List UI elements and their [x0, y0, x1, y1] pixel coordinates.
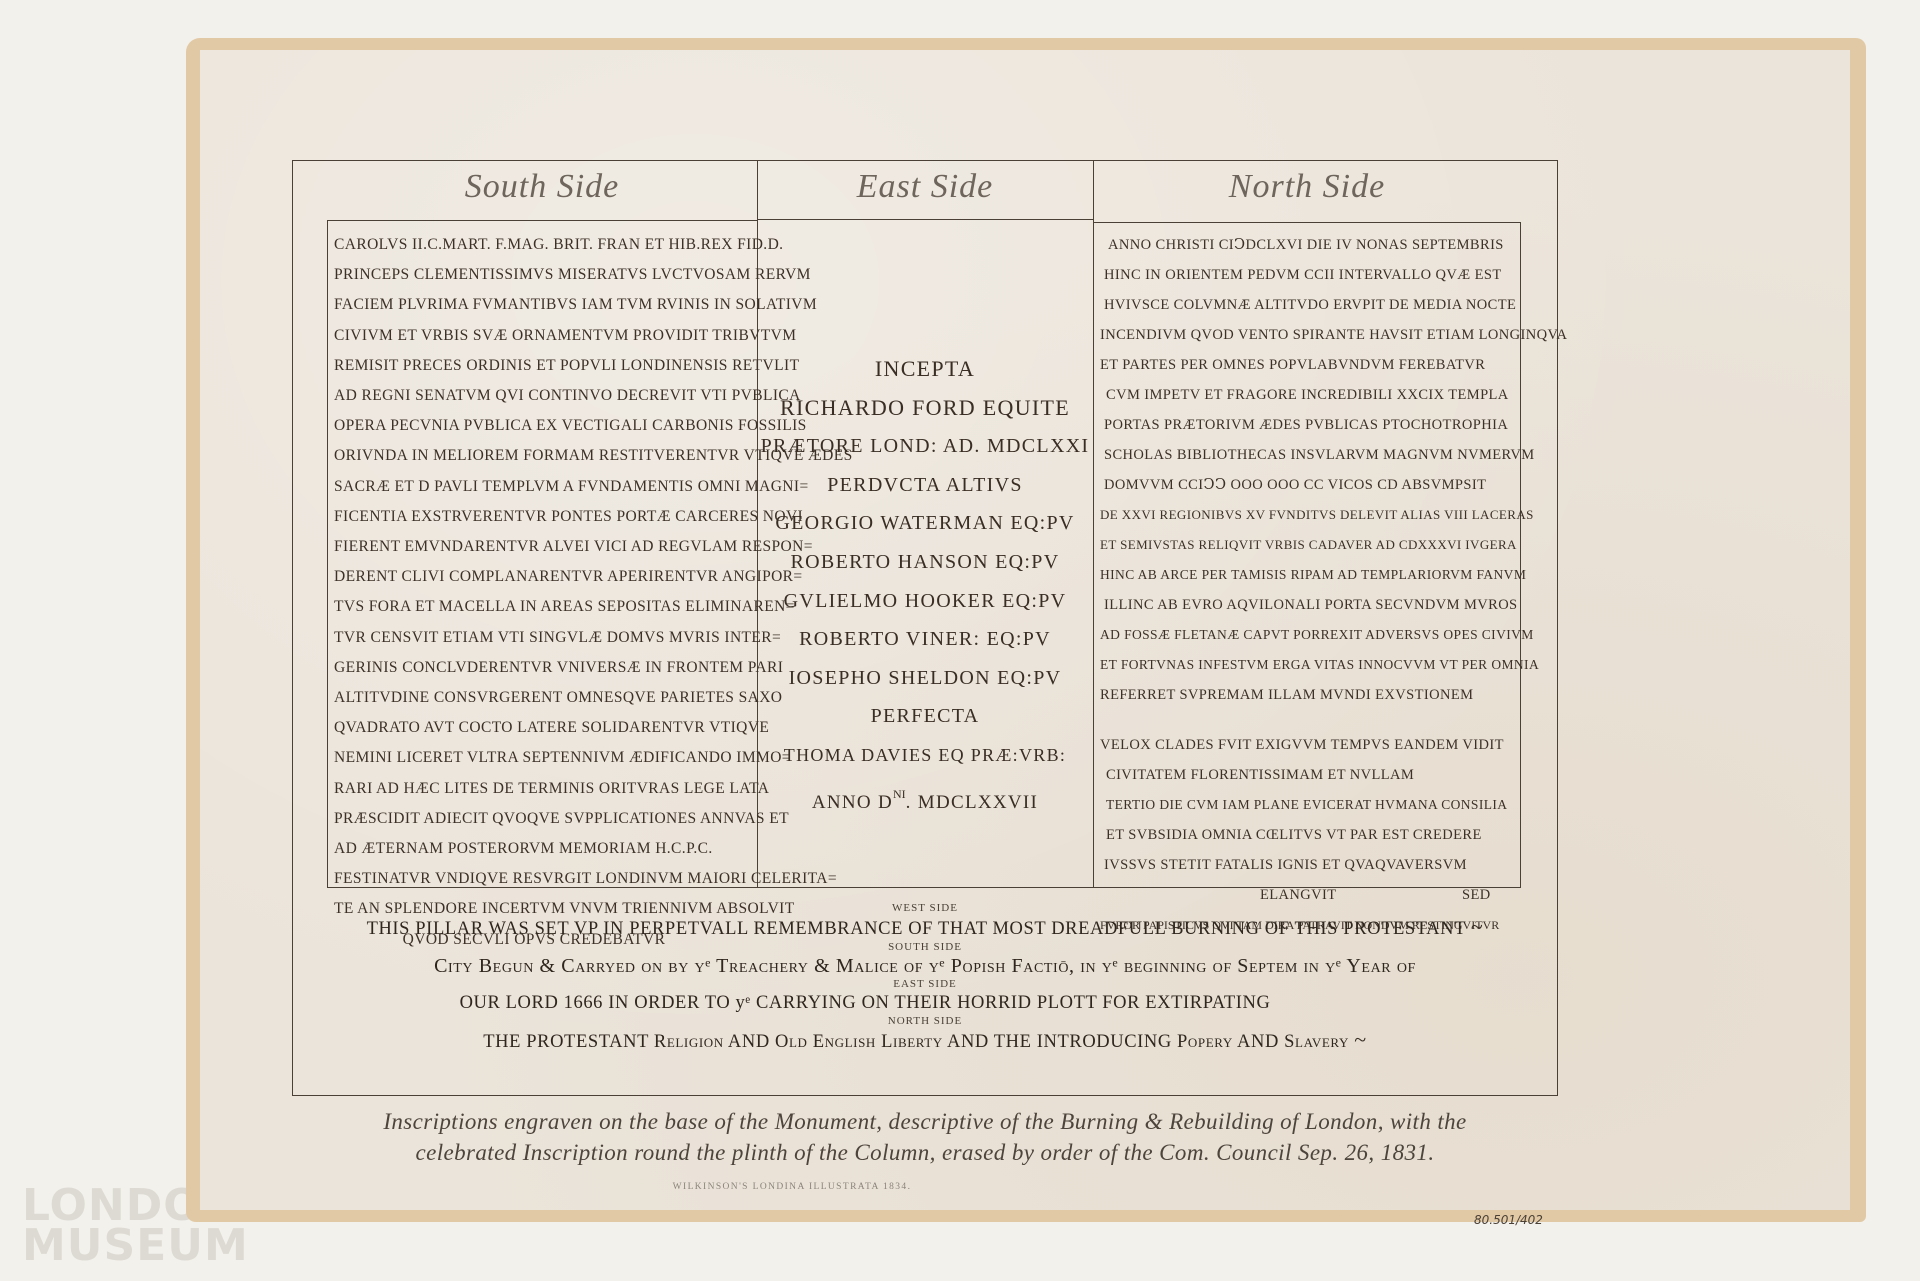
watermark-line-2: MUSEUM [22, 1226, 249, 1266]
inscription-line: HVIVSCE COLVMNÆ ALTITVDO ERVPIT DE MEDIA… [1100, 290, 1516, 320]
inscription-line: AD ÆTERNAM POSTERORVM MEMORIAM H.C.P.C. [334, 834, 754, 864]
inscription-line: ET FORTVNAS INFESTVM ERGA VITAS INNOCVVM… [1100, 650, 1516, 680]
inscription-line: INCENDIVM QVOD VENTO SPIRANTE HAVSIT ETI… [1100, 320, 1516, 350]
inscription-line: FICENTIA EXSTRVERENTVR PONTES PORTÆ CARC… [334, 502, 754, 532]
east-side-header: East Side [757, 168, 1093, 206]
inscription-line: PRÆTORE LOND: AD. MDCLXXI [757, 427, 1093, 466]
date-suffix: . MDCLXXVII [906, 792, 1039, 813]
inscription-line: ALTITVDINE CONSVRGERENT OMNESQVE PARIETE… [334, 683, 754, 713]
inscription-line: ET SVBSIDIA OMNIA CŒLITVS VT PAR EST CRE… [1100, 820, 1516, 850]
inscription-line: ET PARTES PER OMNES POPVLABVNDVM FEREBAT… [1100, 350, 1516, 380]
east-side-bottom-line [757, 887, 1094, 888]
inscription-line: FESTINATVR VNDIQVE RESVRGIT LONDINVM MAI… [334, 864, 754, 894]
plinth-line: OUR LORD 1666 IN ORDER TO yᵉ CARRYING ON… [292, 991, 1558, 1015]
inscription-line: DE XXVI REGIONIBVS XV FVNDITVS DELEVIT A… [1100, 500, 1516, 530]
inscription-line-date: ANNO DNI. MDCLXXVII [757, 775, 1093, 823]
inscription-line: CIVITATEM FLORENTISSIMAM ET NVLLAM [1100, 760, 1516, 790]
inscription-line: ILLINC AB EVRO AQVILONALI PORTA SECVNDVM… [1100, 590, 1516, 620]
inscription-line: CAROLVS II.C.MART. F.MAG. BRIT. FRAN ET … [334, 230, 754, 260]
publication-credit: WILKINSON'S LONDINA ILLUSTRATA 1834. [292, 1182, 1292, 1192]
flourish-icon: ~ [1471, 914, 1484, 939]
inscription-line: ROBERTO HANSON EQ:PV [757, 543, 1093, 582]
plinth-line: City Begun & Carryed on by yᵉ Treachery … [292, 954, 1558, 978]
north-side-header: North Side [1093, 168, 1521, 206]
south-side-inscription: CAROLVS II.C.MART. F.MAG. BRIT. FRAN ET … [334, 230, 754, 955]
inscription-line: REMISIT PRECES ORDINIS ET POPVLI LONDINE… [334, 351, 754, 381]
plinth-label-north: NORTH SIDE [292, 1015, 1558, 1028]
inscription-line: DOMVVM CCIↃↃ OOO OOO CC VICOS CD ABSVMPS… [1100, 470, 1516, 500]
catalog-number: 80.501/402 [1474, 1213, 1543, 1227]
inscription-line: INCEPTA [757, 350, 1093, 389]
inscription-line: OPERA PECVNIA PVBLICA EX VECTIGALI CARBO… [334, 411, 754, 441]
inscription-line: PRÆSCIDIT ADIECIT QVOQVE SVPPLICATIONES … [334, 804, 754, 834]
inscription-line: PERDVCTA ALTIVS [757, 466, 1093, 505]
inscription-line: TVS FORA ET MACELLA IN AREAS SEPOSITAS E… [334, 592, 754, 622]
caption-line-1: Inscriptions engraven on the base of the… [292, 1106, 1558, 1137]
inscription-line: CVM IMPETV ET FRAGORE INCREDIBILI XXCIX … [1100, 380, 1516, 410]
inscription-line: AD FOSSÆ FLETANÆ CAPVT PORREXIT ADVERSVS… [1100, 620, 1516, 650]
inscription-line: RICHARDO FORD EQUITE [757, 389, 1093, 428]
inscription-line: SACRÆ ET D PAVLI TEMPLVM A FVNDAMENTIS O… [334, 472, 754, 502]
inscription-line: FIERENT EMVNDARENTVR ALVEI VICI AD REGVL… [334, 532, 754, 562]
inscription-line: PERFECTA [757, 697, 1093, 736]
inscription-line: IVSSVS STETIT FATALIS IGNIS ET QVAQVAVER… [1100, 850, 1516, 880]
plinth-label-west: WEST SIDE [292, 902, 1558, 915]
date-superscript: NI [893, 787, 906, 801]
inscription-line: CIVIVM ET VRBIS SVÆ ORNAMENTVM PROVIDIT … [334, 321, 754, 351]
flourish-icon: ~ [1354, 1027, 1367, 1052]
inscription-line: SCHOLAS BIBLIOTHECAS INSVLARVM MAGNVM NV… [1100, 440, 1516, 470]
inscription-line: ANNO CHRISTI CIↃDCLXVI DIE IV NONAS SEPT… [1100, 230, 1516, 260]
inscription-line: REFERRET SVPREMAM ILLAM MVNDI EXVSTIONEM [1100, 680, 1516, 710]
plinth-label-east: EAST SIDE [292, 978, 1558, 991]
print-caption: Inscriptions engraven on the base of the… [292, 1106, 1558, 1168]
caption-line-2: celebrated Inscription round the plinth … [292, 1137, 1558, 1168]
inscription-line: PRINCEPS CLEMENTISSIMVS MISERATVS LVCTVO… [334, 260, 754, 290]
inscription-line: IOSEPHO SHELDON EQ:PV [757, 659, 1093, 698]
inscription-line: ROBERTO VINER: EQ:PV [757, 620, 1093, 659]
inscription-line: QVADRATO AVT COCTO LATERE SOLIDARENTVR V… [334, 713, 754, 743]
north-side-inscription: ANNO CHRISTI CIↃDCLXVI DIE IV NONAS SEPT… [1100, 230, 1516, 940]
inscription-line: GEORGIO WATERMAN EQ:PV [757, 504, 1093, 543]
inscription-line: AD REGNI SENATVM QVI CONTINVO DECREVIT V… [334, 381, 754, 411]
inscription-line: VELOX CLADES FVIT EXIGVVM TEMPVS EANDEM … [1100, 730, 1516, 760]
inscription-line: GERINIS CONCLVDERENTVR VNIVERSÆ IN FRONT… [334, 653, 754, 683]
inscription-line: THOMA DAVIES EQ PRÆ:VRB: [757, 736, 1093, 775]
inscription-line: TVR CENSVIT ETIAM VTI SINGVLÆ DOMVS MVRI… [334, 623, 754, 653]
east-side-inscription: INCEPTA RICHARDO FORD EQUITE PRÆTORE LON… [757, 350, 1093, 822]
inscription-line: HINC IN ORIENTEM PEDVM CCII INTERVALLO Q… [1100, 260, 1516, 290]
south-side-header: South Side [327, 168, 757, 206]
plinth-inscription: WEST SIDE THIS PILLAR WAS SET VP IN PERP… [292, 902, 1558, 1054]
inscription-line: TERTIO DIE CVM IAM PLANE EVICERAT HVMANA… [1100, 790, 1516, 820]
inscription-line: ET SEMIVSTAS RELIQVIT VRBIS CADAVER AD C… [1100, 530, 1516, 560]
inscription-line: RARI AD HÆC LITES DE TERMINIS ORITVRAS L… [334, 774, 754, 804]
inscription-line: DERENT CLIVI COMPLANARENTVR APERIRENTVR … [334, 562, 754, 592]
inscription-line: HINC AB ARCE PER TAMISIS RIPAM AD TEMPLA… [1100, 560, 1516, 590]
date-prefix: ANNO D [812, 792, 893, 813]
inscription-line: FACIEM PLVRIMA FVMANTIBVS IAM TVM RVINIS… [334, 290, 754, 320]
plinth-label-south: SOUTH SIDE [292, 941, 1558, 954]
east-side-top-line [757, 219, 1094, 220]
inscription-line: ORIVNDA IN MELIOREM FORMAM RESTITVERENTV… [334, 441, 754, 471]
inscription-line: GVLIELMO HOOKER EQ:PV [757, 582, 1093, 621]
plinth-line: THE PROTESTANT Religion AND Old English … [292, 1028, 1558, 1054]
inscription-line: NEMINI LICERET VLTRA SEPTENNIVM ÆDIFICAN… [334, 743, 754, 773]
plinth-line: THIS PILLAR WAS SET VP IN PERPETVALL REM… [292, 915, 1558, 941]
inscription-line: PORTAS PRÆTORIVM ÆDES PVBLICAS PTOCHOTRO… [1100, 410, 1516, 440]
